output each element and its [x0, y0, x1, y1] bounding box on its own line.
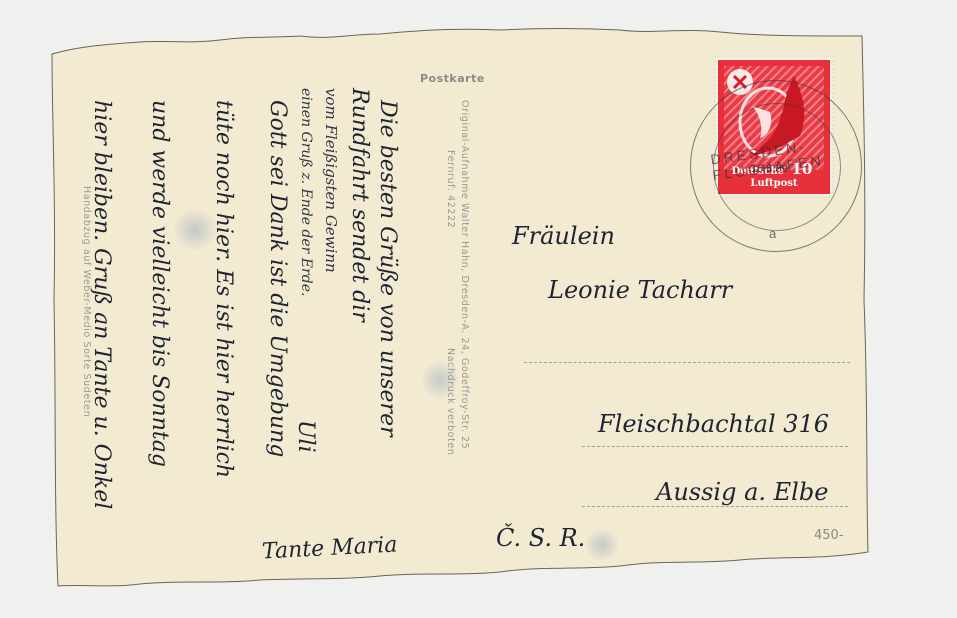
price-annotation: 450- [814, 528, 844, 543]
address-salutation: Fräulein [512, 222, 615, 250]
message-line: vom Fleißigsten Gewinn [322, 88, 340, 273]
address-line [524, 362, 850, 363]
message-line: Gott sei Dank ist die Umgebung [265, 100, 290, 457]
message-line: hier bleiben. Gruß an Tante u. Onkel [89, 100, 114, 509]
message-line: Die besten Grüße von unserer [375, 100, 400, 437]
address-street: Fleischbachtal 316 [598, 410, 829, 438]
ink-smudge [582, 530, 622, 560]
address-city: Aussig a. Elbe [656, 478, 828, 506]
publisher-credit: Original-Aufnahme Walter Hahn, Dresden-A… [459, 100, 470, 449]
address-country: Č. S. R. [496, 524, 585, 552]
signature-uli: Uli [293, 420, 318, 453]
ink-smudge [420, 360, 460, 400]
ink-smudge [170, 210, 220, 250]
postmark: DRESDEN-FLUGHAFEN 16.8.39 a [690, 80, 862, 252]
message-line: tüte noch hier. Es ist hier herrlich [211, 100, 236, 478]
publisher-phone: Fernruf: 42222 [445, 150, 456, 228]
address-line [582, 446, 848, 447]
message-line: Rundfahrt sendet dir [347, 88, 372, 322]
postcard-label: Postkarte [420, 72, 485, 85]
address-name: Leonie Tacharr [548, 276, 732, 304]
postcard: Postkarte Original-Aufnahme Walter Hahn,… [0, 0, 957, 618]
postmark-sub-letter: a [769, 226, 776, 241]
message-line: einen Gruß z. Ende der Erde. [298, 88, 314, 296]
message-line: und werde vielleicht bis Sonntag [147, 100, 172, 467]
postmark-date: 16.8.39 [751, 163, 788, 175]
address-line [582, 506, 848, 507]
